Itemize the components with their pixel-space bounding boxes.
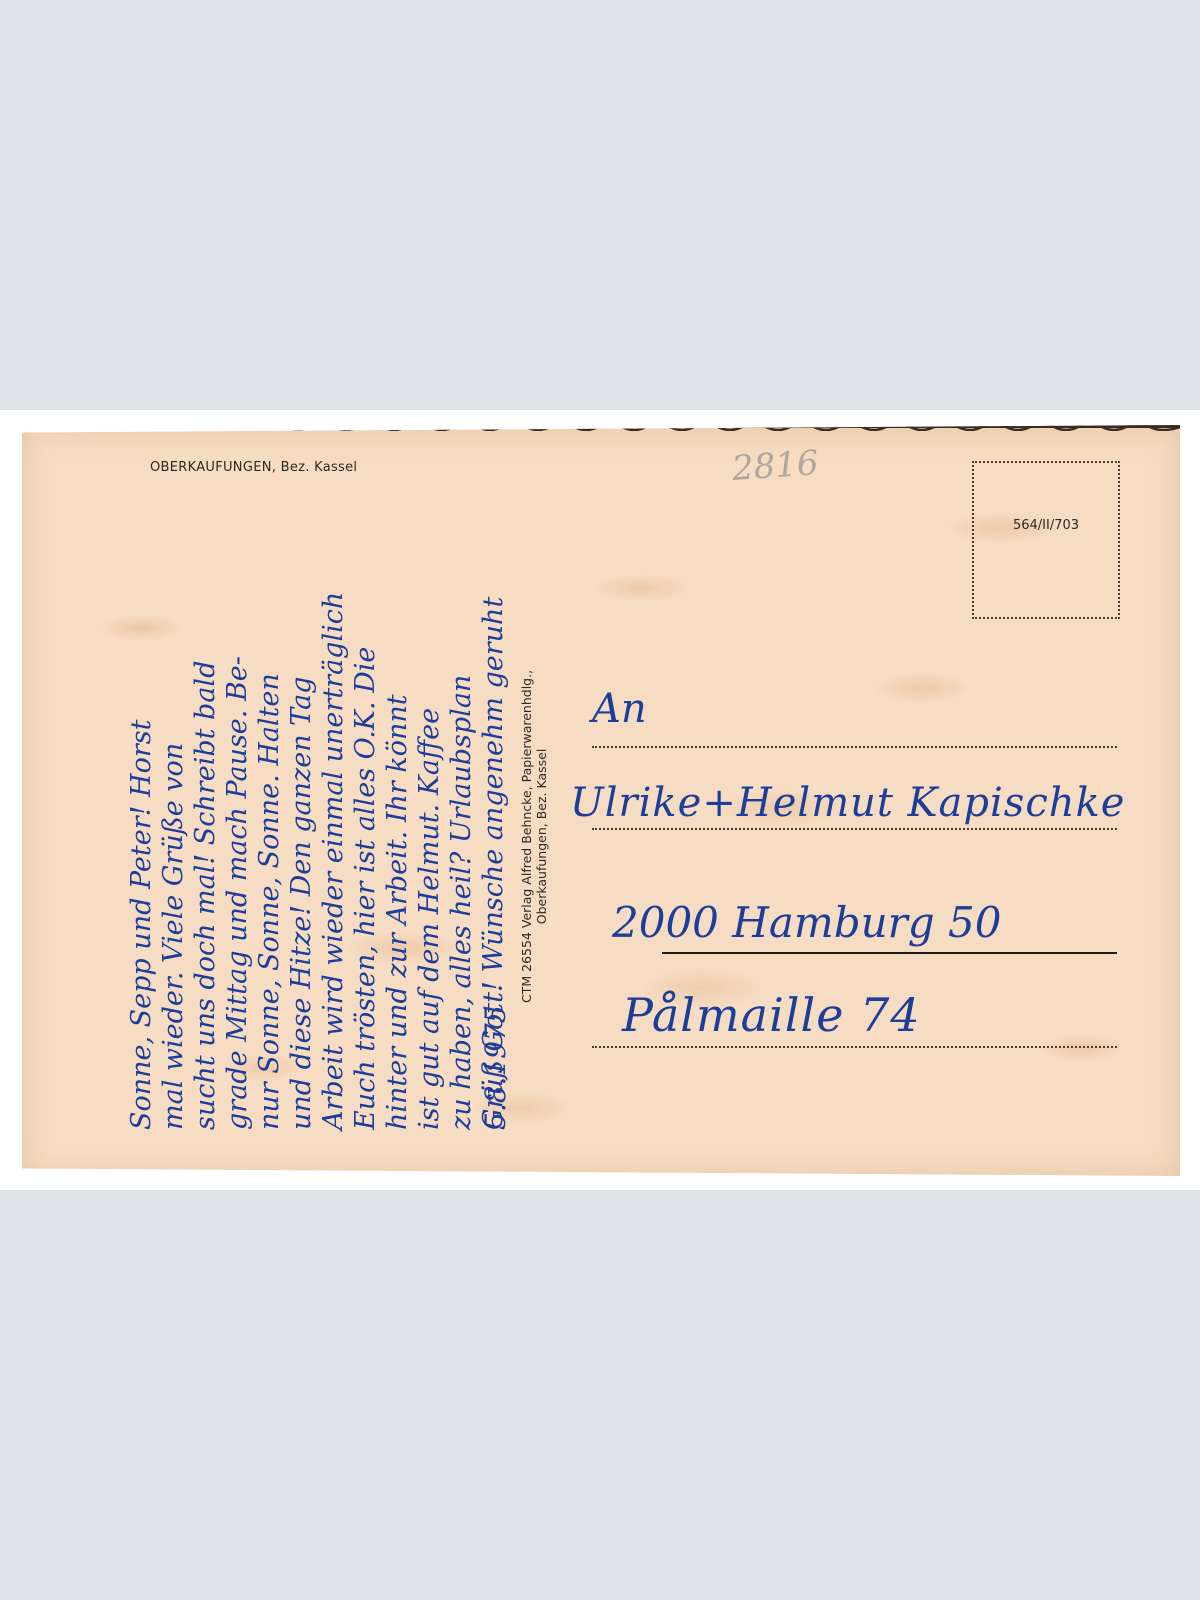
publisher-imprint: CTM 26554 Verlag Alfred Behncke, Papierw… [519, 670, 549, 1003]
stamp-box-code: 564/II/703 [1013, 518, 1079, 533]
publisher-line-1: CTM 26554 Verlag Alfred Behncke, Papierw… [519, 670, 534, 1003]
message-line: mal wieder. Viele Grüße von [156, 743, 192, 1130]
address-line-4 [592, 1046, 1117, 1048]
pencil-note: 2816 [731, 443, 820, 489]
message-line: ist gut auf dem Helmut. Kaffee [412, 708, 448, 1130]
message-line: zu haben, alles heil? Urlaubsplan [444, 675, 480, 1130]
message-line: hinter und zur Arbeit. Ihr könnt [380, 694, 416, 1130]
address-line-3 [662, 952, 1117, 954]
address-salutation: An [592, 686, 647, 732]
message-line: Sonne, Sepp und Peter! Horst [124, 720, 160, 1130]
message-line: Arbeit wird wieder einmal unerträglich [316, 592, 352, 1130]
address-recipient: Ulrike+Helmut Kapischke [570, 780, 1125, 826]
address-city: 2000 Hamburg 50 [612, 898, 1001, 947]
address-street: Pålmaille 74 [622, 988, 921, 1042]
message-line: nur Sonne, Sonne, Sonne. Halten [252, 673, 288, 1130]
message-line: grade Mittag und mach Pause. Be- [220, 656, 256, 1130]
address-line-1 [592, 746, 1117, 748]
place-title: OBERKAUFUNGEN, Bez. Kassel [150, 460, 357, 475]
address-line-2 [592, 828, 1117, 830]
message-line: und diese Hitze! Den ganzen Tag [284, 677, 320, 1130]
message-line: Grüß Gott! Wünsche angenehm geruht [476, 597, 512, 1130]
message-line: Euch trösten, hier ist alles O.K. Die [348, 647, 384, 1130]
message-line: sucht uns doch mal! Schreibt bald [188, 661, 224, 1130]
publisher-line-2: Oberkaufungen, Bez. Kassel [534, 670, 549, 1003]
stamp-box: 564/II/703 [972, 461, 1120, 619]
